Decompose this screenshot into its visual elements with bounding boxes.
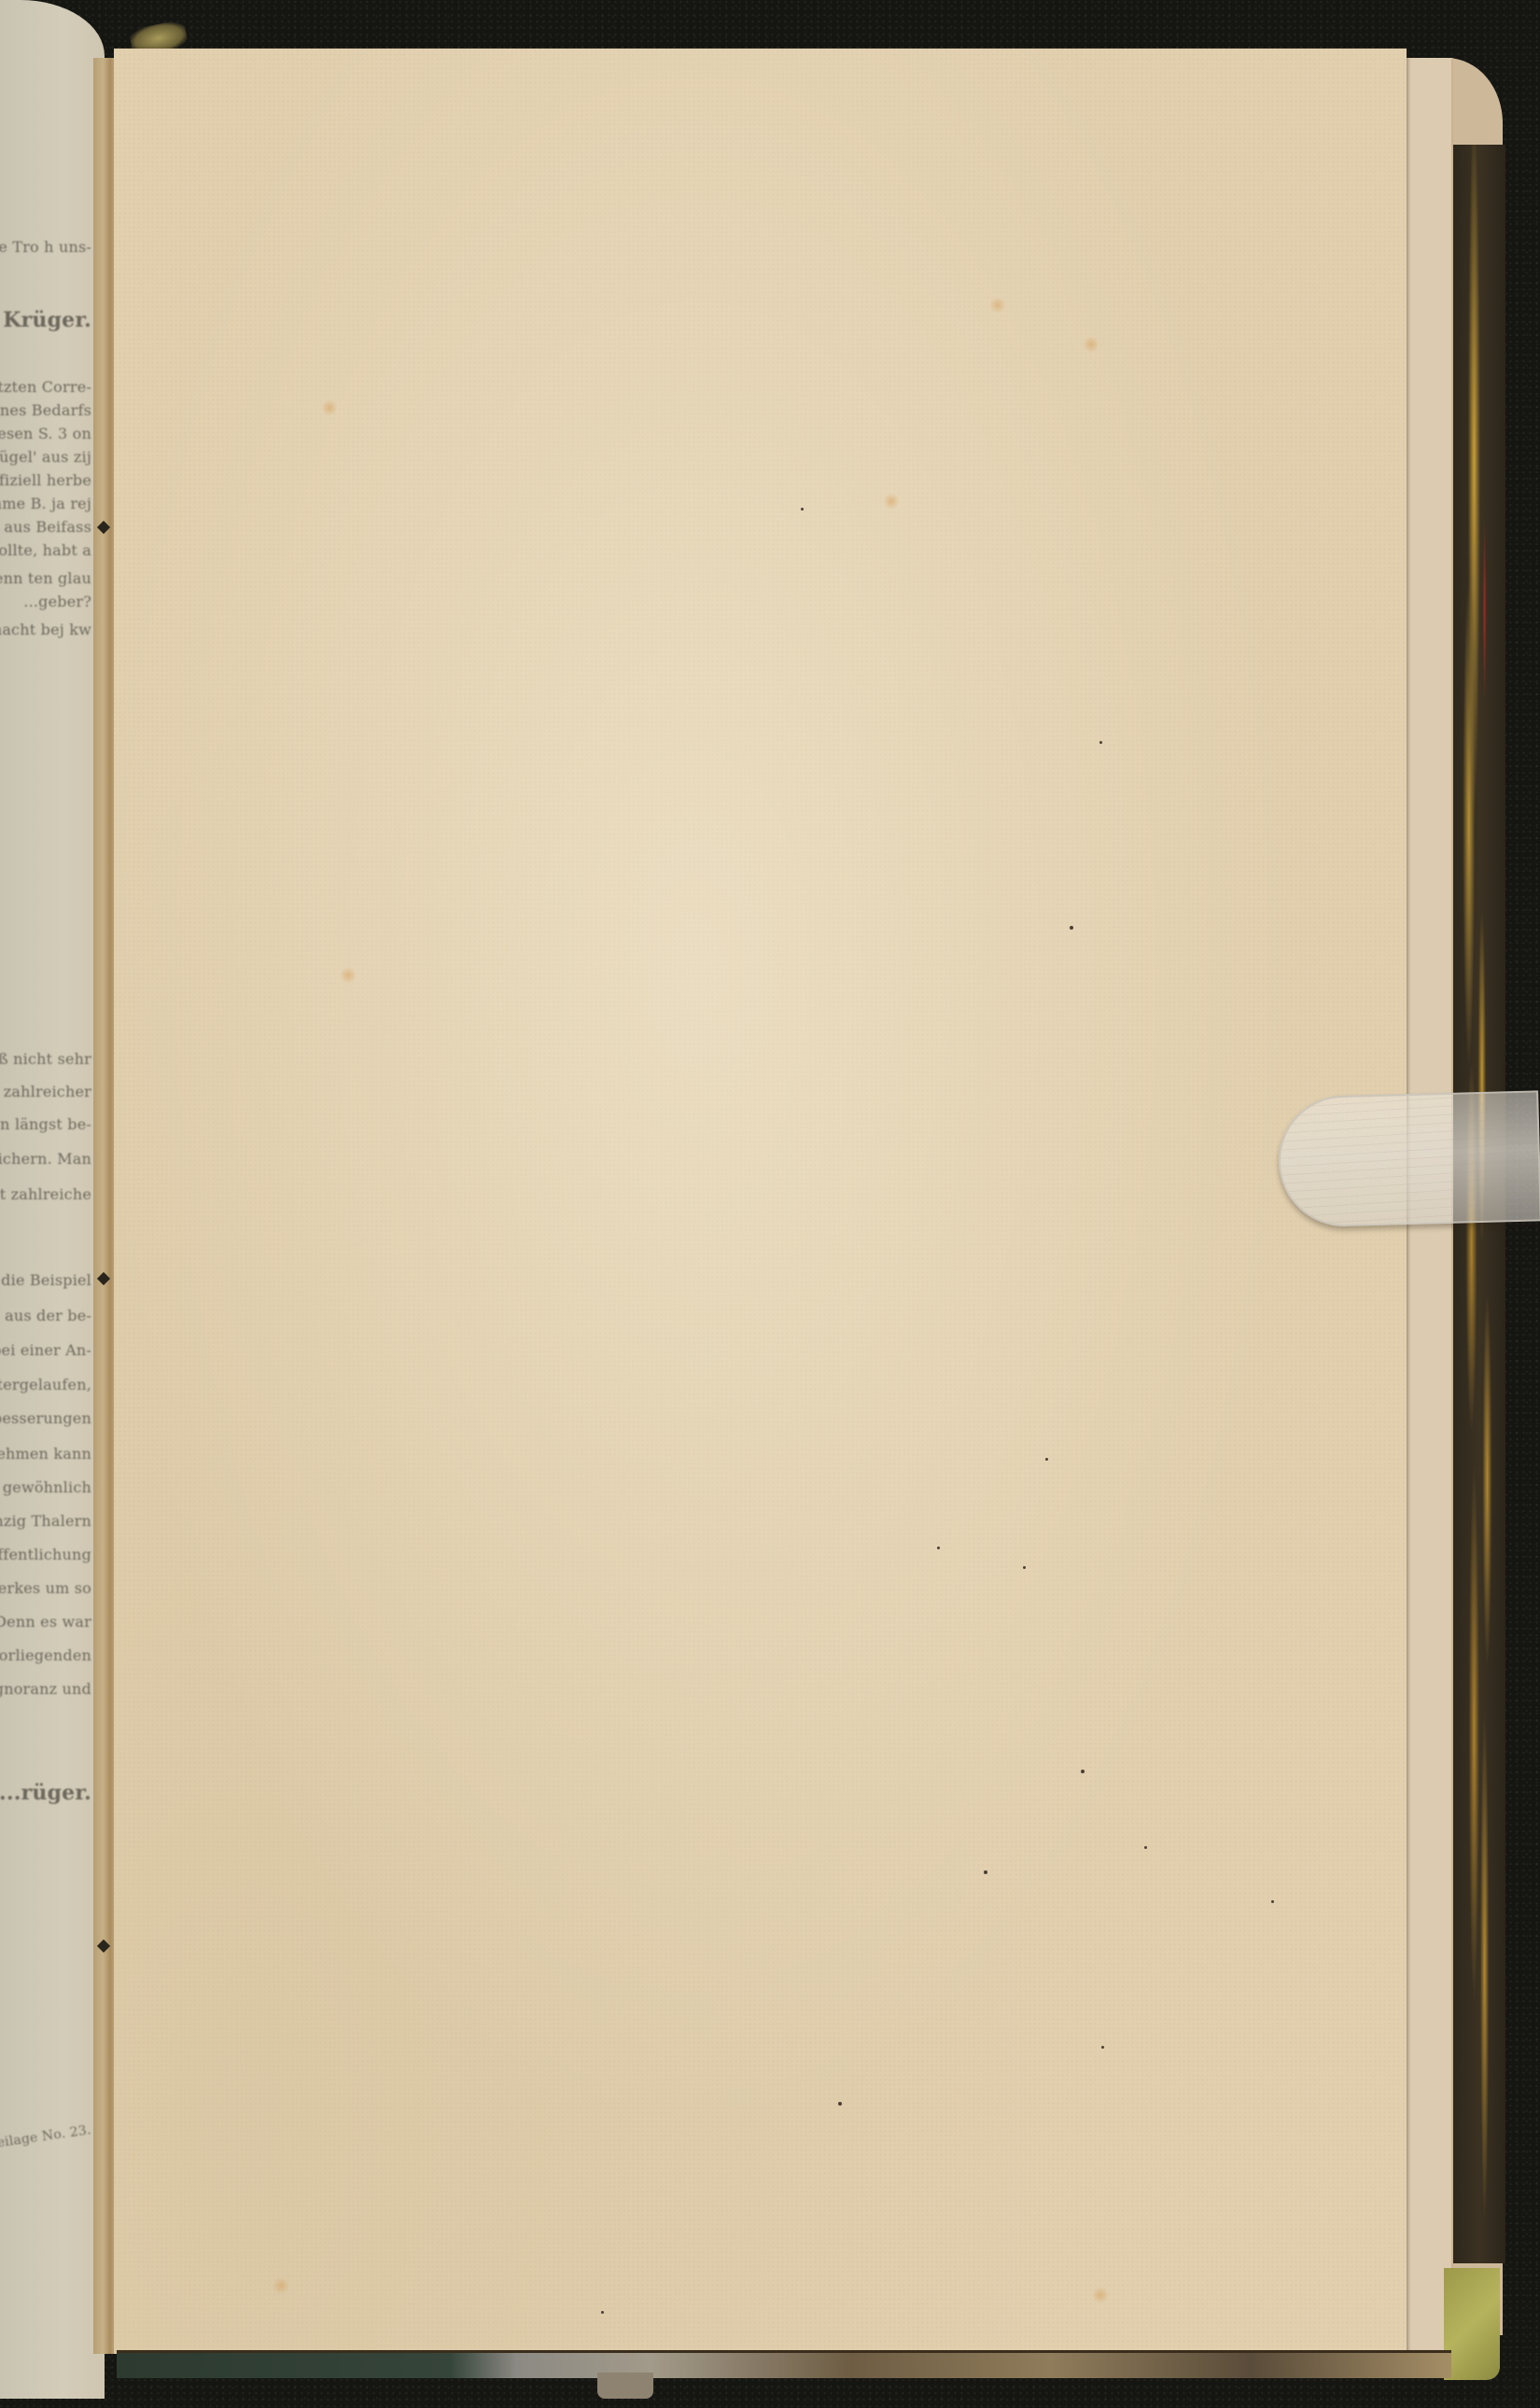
facing-page-line: ...nicht gewöhnlich — [0, 1478, 91, 1496]
bottom-cover-edge — [117, 2350, 1451, 2378]
paper-speck — [1081, 1770, 1085, 1773]
paper-speck — [1271, 1900, 1274, 1903]
facing-page-line: ...schon längst be- — [0, 1115, 91, 1133]
facing-page-line: ...Denn es war — [0, 1613, 91, 1631]
paper-speck — [1023, 1566, 1026, 1569]
facing-page-line: ...Veröffentlichung — [0, 1546, 91, 1563]
foxing-spot — [321, 399, 338, 416]
foxing-spot — [1083, 336, 1099, 353]
paper-speck — [937, 1547, 940, 1549]
facing-page-line: ...iner geschätzten Corre- — [0, 378, 91, 396]
facing-page-line: ...daß aus der be- — [0, 1307, 91, 1324]
page-clip — [1277, 1090, 1540, 1227]
facing-page-line: ...nzig Thalern — [0, 1512, 91, 1530]
facing-page-signature: B. Krüger. — [0, 308, 91, 332]
paper-speck — [1144, 1846, 1147, 1849]
facing-page-line: ...y untergelaufen, — [0, 1376, 91, 1393]
facing-page-line: ...n bei einer An- — [0, 1341, 91, 1359]
facing-page-line: ...glichst zahlreiche — [0, 1185, 91, 1203]
blank-page — [114, 49, 1407, 2354]
paper-speck — [1099, 741, 1102, 744]
facing-page-line: ...der offiziell herbe — [0, 471, 91, 489]
paper-speck — [1101, 2046, 1104, 2049]
facing-page-line: ...geber? — [23, 593, 91, 610]
facing-page-line: ...Werkes um so — [0, 1579, 91, 1597]
foxing-spot — [1092, 2287, 1109, 2303]
facing-page: ...glische Tro h uns- B. Krüger. ...iner… — [0, 0, 105, 2399]
facing-page-line: ...u sichern. Man — [0, 1150, 91, 1168]
paper-speck — [601, 2311, 604, 2314]
facing-page-footer: ...Beilage No. 23. — [0, 2122, 91, 2153]
facing-page-line: ...fe wenn ten glau — [0, 569, 91, 587]
facing-page-line: ...glische Tro h uns- — [0, 238, 91, 256]
foxing-spot — [273, 2277, 289, 2294]
facing-page-line: ...und zahlreicher — [0, 1083, 91, 1100]
facing-page-line: ...lechten Gefügel' aus zij — [0, 448, 91, 466]
facing-page-signature: ...rüger. — [0, 1781, 91, 1805]
foxing-spot — [340, 967, 357, 984]
facing-page-line: ...gramme B. ja rej — [0, 495, 91, 512]
facing-page-text-block: ...glische Tro h uns- B. Krüger. ...iner… — [0, 0, 105, 2399]
paper-speck — [984, 1870, 987, 1874]
paper-speck — [1070, 926, 1073, 930]
facing-page-line: ...Ignoranz und — [0, 1680, 91, 1698]
facing-page-line: ...Verbesserungen — [0, 1409, 91, 1427]
gilt-corner-protector — [1444, 2268, 1500, 2380]
facing-page-line: ...weiß nicht sehr — [0, 1050, 91, 1068]
paper-speck — [801, 508, 804, 511]
foxing-spot — [883, 493, 900, 510]
facing-page-line: ...vorliegenden — [0, 1646, 91, 1664]
torn-cover-tab — [597, 2373, 653, 2399]
facing-page-line: ...rch. Erwiesen S. 3 on — [0, 425, 91, 442]
facing-page-line: ...cke, wollte, habt a — [0, 541, 91, 559]
facing-page-line: ...ig gemacht bej kw — [0, 621, 91, 638]
paper-speck — [1045, 1458, 1048, 1461]
paper-speck — [838, 2102, 842, 2106]
facing-page-line: ...zunehmen kann — [0, 1445, 91, 1463]
foxing-spot — [989, 297, 1006, 314]
facing-page-line: ...ein die Beispiel — [0, 1271, 91, 1289]
facing-page-line: ...sleugnen eines Bedarfs — [0, 401, 91, 419]
facing-page-line: ...f' Wage aus Beifass — [0, 518, 91, 536]
